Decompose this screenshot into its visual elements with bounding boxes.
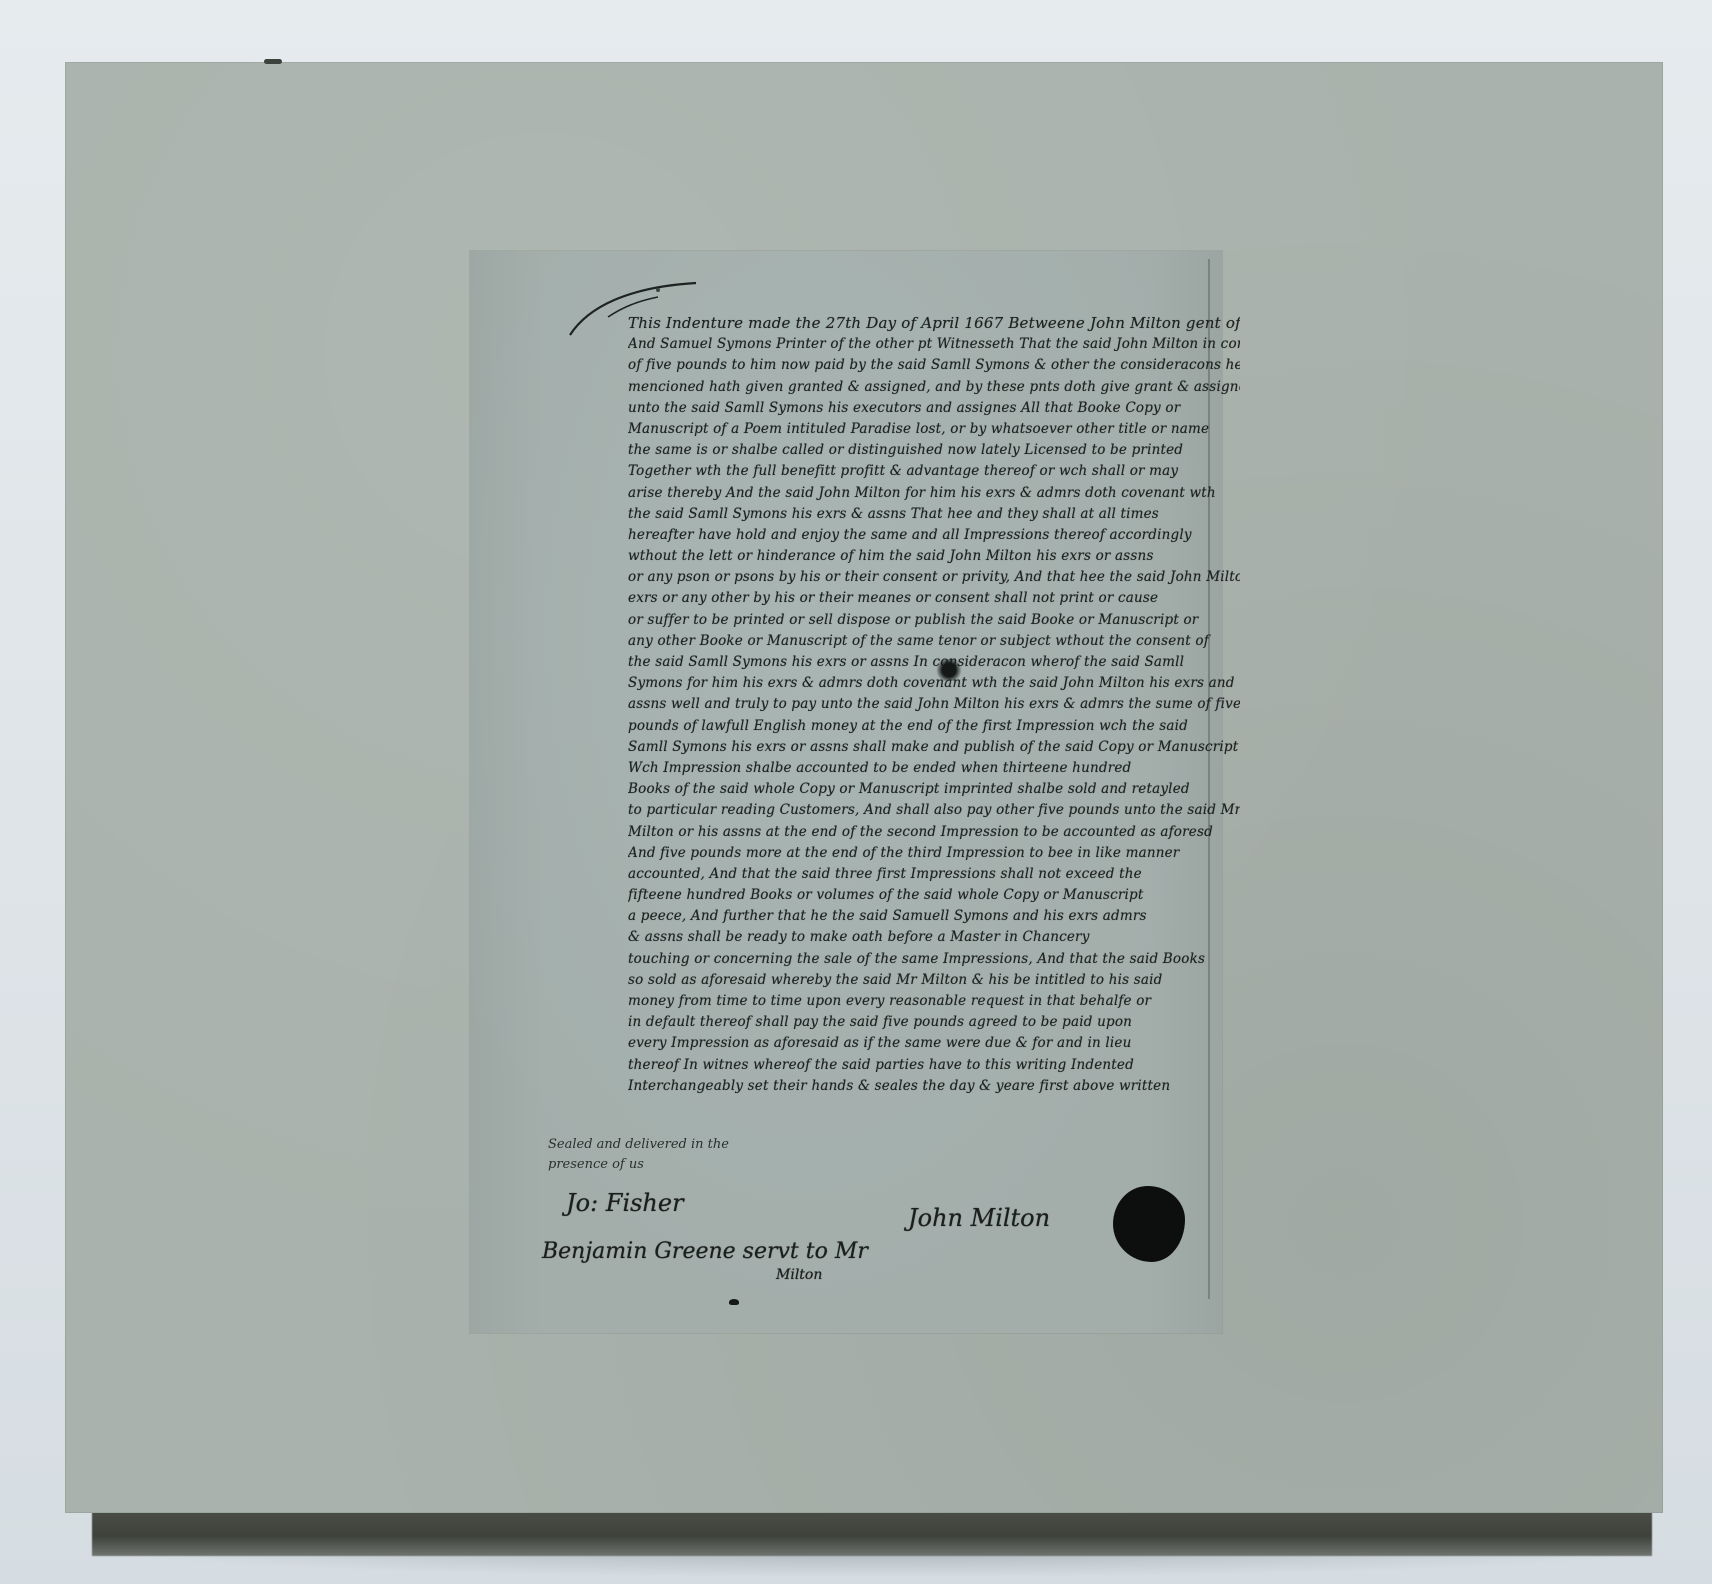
manuscript-line: Interchangeably set their hands & seales… — [628, 1076, 1240, 1097]
manuscript-line: or suffer to be printed or sell dispose … — [628, 610, 1240, 631]
witness-note-line-1: Sealed and delivered in the — [548, 1137, 729, 1152]
signature-john-milton: John Milton — [908, 1204, 1050, 1232]
manuscript-line: the said Samll Symons his exrs & assns T… — [628, 504, 1240, 525]
manuscript-facsimile-photo: This Indenture made the 27th Day of Apri… — [470, 251, 1222, 1333]
manuscript-line: Books of the said whole Copy or Manuscri… — [628, 779, 1240, 800]
signature-benjamin-greene-continued: Milton — [776, 1267, 822, 1283]
manuscript-line: thereof In witnes whereof the said parti… — [628, 1055, 1240, 1076]
signature-benjamin-greene: Benjamin Greene servt to Mr — [542, 1239, 868, 1264]
manuscript-line: the same is or shalbe called or distingu… — [628, 440, 1240, 461]
ink-blot — [936, 659, 962, 681]
manuscript-line: Symons for him his exrs & admrs doth cov… — [628, 673, 1240, 694]
manuscript-line: Wch Impression shalbe accounted to be en… — [628, 758, 1240, 779]
manuscript-line: accounted, And that the said three first… — [628, 864, 1240, 885]
manuscript-line: of five pounds to him now paid by the sa… — [628, 355, 1240, 376]
witness-note-line-2: presence of us — [548, 1157, 644, 1172]
manuscript-line: fifteene hundred Books or volumes of the… — [628, 885, 1240, 906]
manuscript-line: Milton or his assns at the end of the se… — [628, 822, 1240, 843]
manuscript-line: in default thereof shall pay the said fi… — [628, 1012, 1240, 1033]
manuscript-line: & assns shall be ready to make oath befo… — [628, 927, 1240, 948]
manuscript-line: Samll Symons his exrs or assns shall mak… — [628, 737, 1240, 758]
manuscript-line: Manuscript of a Poem intituled Paradise … — [628, 419, 1240, 440]
manuscript-line: exrs or any other by his or their meanes… — [628, 588, 1240, 609]
manuscript-line: the said Samll Symons his exrs or assns … — [628, 652, 1240, 673]
manuscript-line: a peece, And further that he the said Sa… — [628, 906, 1240, 927]
manuscript-line: hereafter have hold and enjoy the same a… — [628, 525, 1240, 546]
manuscript-line: so sold as aforesaid whereby the said Mr… — [628, 970, 1240, 991]
manuscript-line: wthout the lett or hinderance of him the… — [628, 546, 1240, 567]
manuscript-line: And five pounds more at the end of the t… — [628, 843, 1240, 864]
manuscript-line: This Indenture made the 27th Day of Apri… — [628, 313, 1240, 334]
manuscript-line: And Samuel Symons Printer of the other p… — [628, 334, 1240, 355]
manuscript-leaf: This Indenture made the 27th Day of Apri… — [528, 259, 1210, 1299]
manuscript-line: touching or concerning the sale of the s… — [628, 949, 1240, 970]
contract-text: This Indenture made the 27th Day of Apri… — [628, 313, 1240, 1097]
manuscript-line: or any pson or psons by his or their con… — [628, 567, 1240, 588]
board-edge-shadow — [92, 1512, 1652, 1556]
ink-speck — [656, 288, 660, 292]
manuscript-line: Together wth the full benefitt profitt &… — [628, 461, 1240, 482]
board-edge-nick — [264, 59, 282, 64]
signature-jo-fisher: Jo: Fisher — [566, 1189, 684, 1217]
manuscript-line: mencioned hath given granted & assigned,… — [628, 377, 1240, 398]
manuscript-line: assns well and truly to pay unto the sai… — [628, 694, 1240, 715]
wax-seal — [1113, 1186, 1185, 1262]
manuscript-line: any other Booke or Manuscript of the sam… — [628, 631, 1240, 652]
manuscript-line: every Impression as aforesaid as if the … — [628, 1033, 1240, 1054]
manuscript-line: to particular reading Customers, And sha… — [628, 800, 1240, 821]
manuscript-line: money from time to time upon every reaso… — [628, 991, 1240, 1012]
manuscript-line: pounds of lawfull English money at the e… — [628, 716, 1240, 737]
manuscript-line: unto the said Samll Symons his executors… — [628, 398, 1240, 419]
ink-mark — [729, 1299, 739, 1305]
manuscript-line: arise thereby And the said John Milton f… — [628, 483, 1240, 504]
